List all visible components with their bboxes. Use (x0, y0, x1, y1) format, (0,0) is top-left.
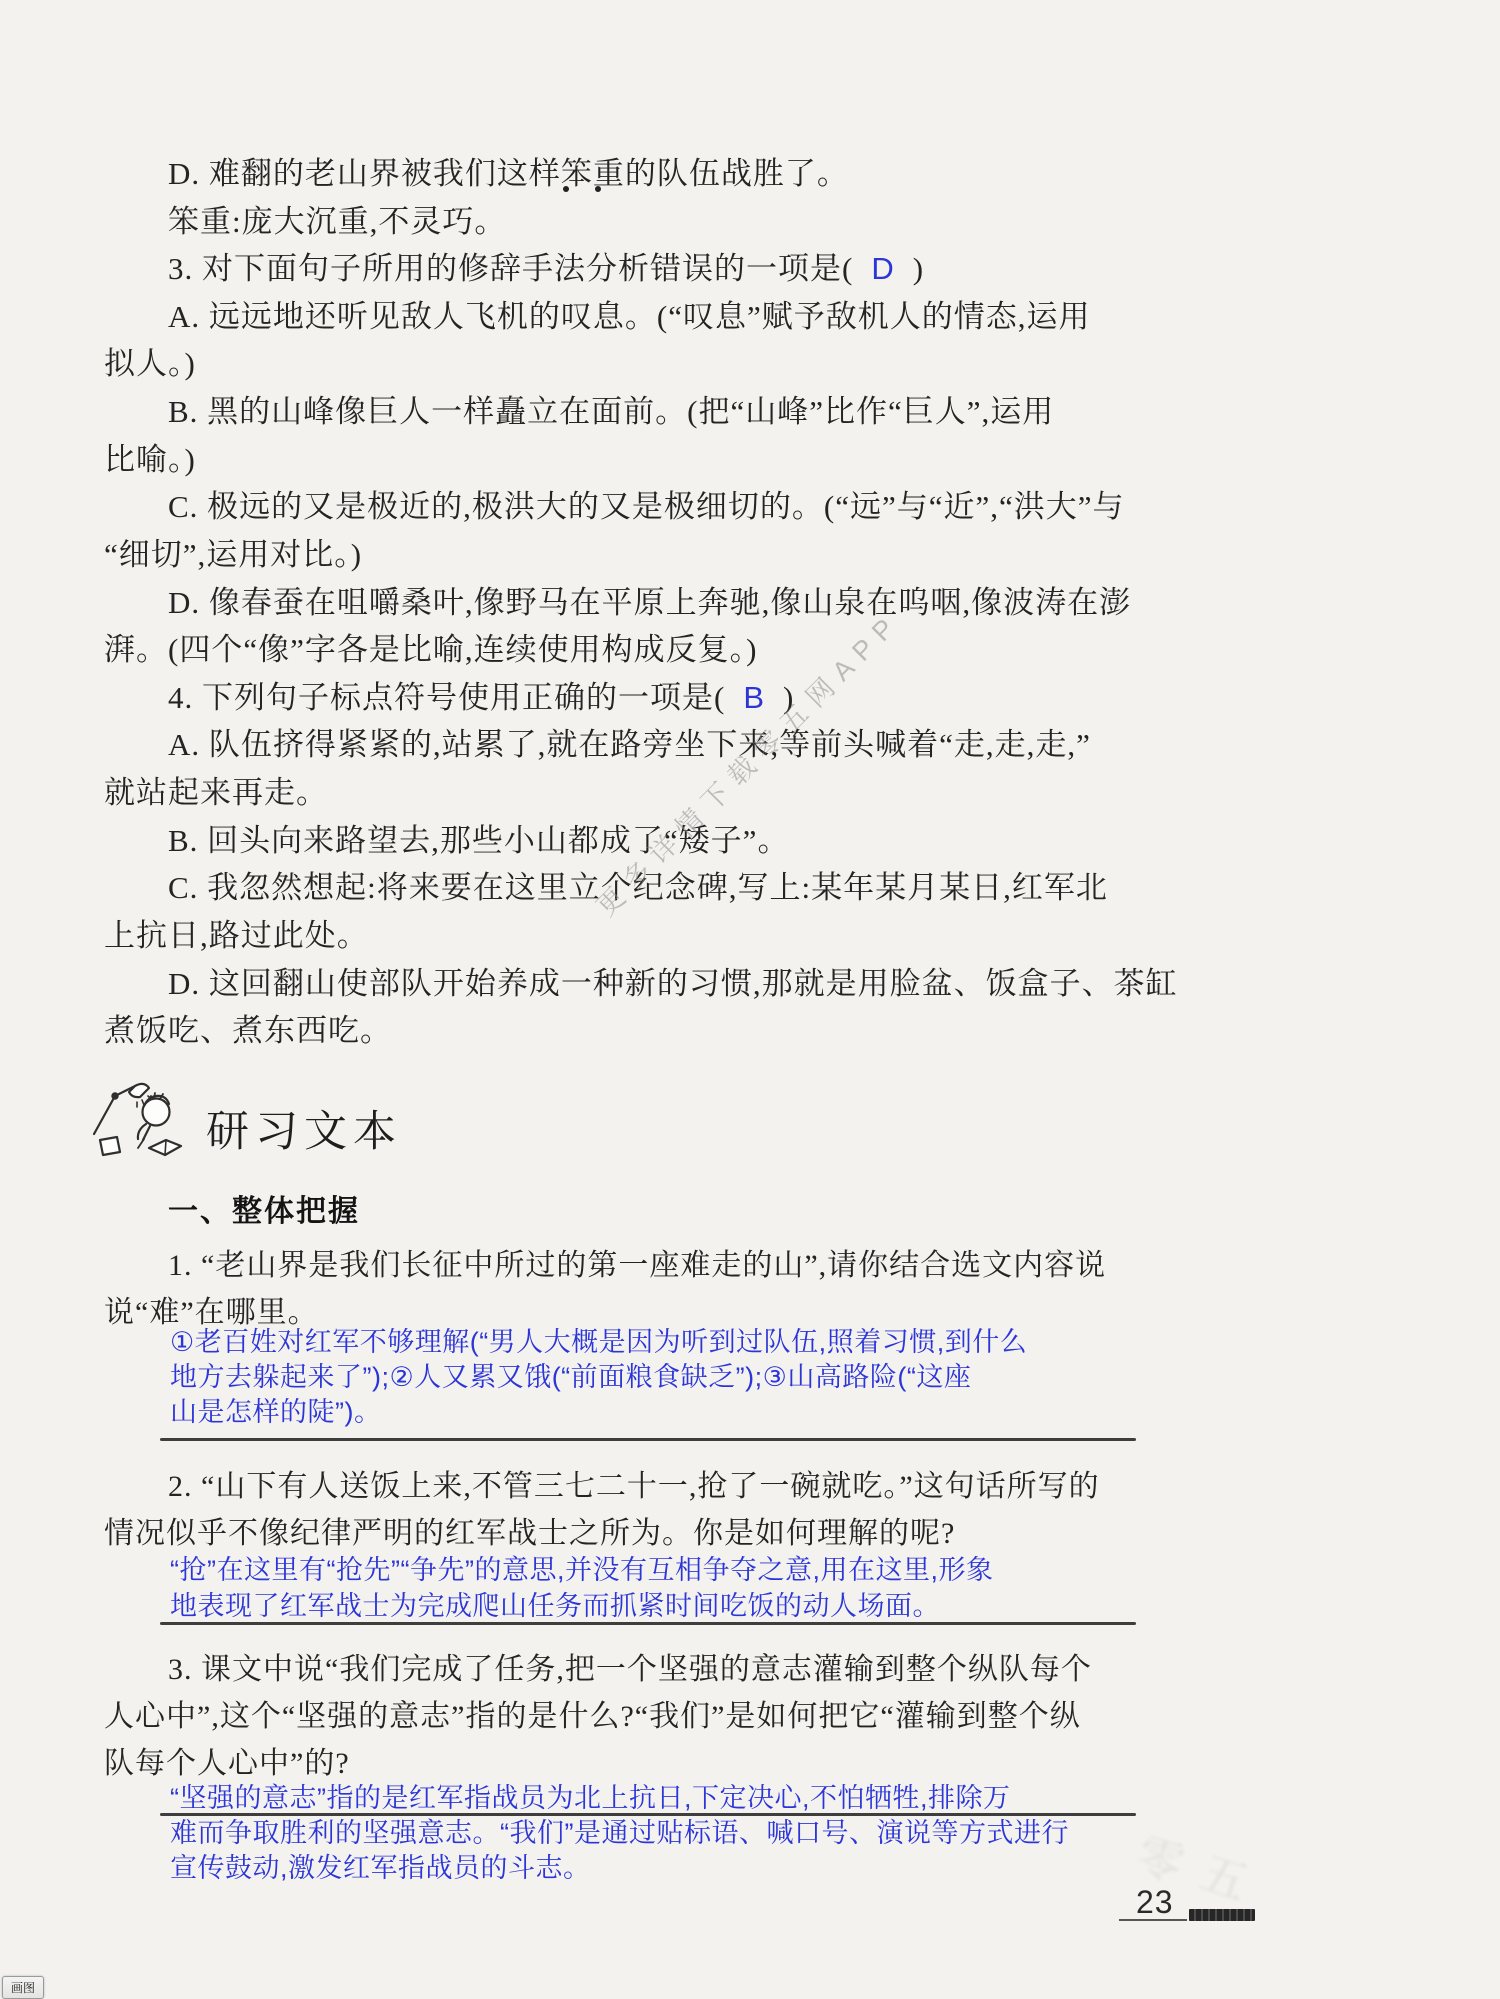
section-subhead: 一、整体把握 (168, 1186, 360, 1230)
question-4-stem: 4. 下列句子标点符号使用正确的一项是(B) (168, 672, 794, 717)
footer-imprint-block (1189, 1909, 1255, 1921)
printed-answer-line: 地方去躲起来了”);②人又累又饿(“前面粮食缺乏”);③山高路险(“这座 (170, 1355, 971, 1394)
question-line: 2. “山下有人送饭上来,不管三七二十一,抢了一碗就吃。”这句话所写的 (168, 1461, 1100, 1505)
printed-answer-line: 地表现了红军战士为完成爬山任务而抓紧时间吃饭的动人场面。 (170, 1584, 940, 1623)
question-line: 3. 课文中说“我们完成了任务,把一个坚强的意志灌输到整个纵队每个 (168, 1644, 1092, 1688)
mc-option-line: A. 队伍挤得紧紧的,站累了,就在路旁坐下来,等前头喊着“走,走,走,” (168, 719, 1091, 764)
mc-option-line: 比喻。) (104, 434, 196, 479)
question-line: 1. “老山界是我们长征中所过的第一座难走的山”,请你结合选文内容说 (168, 1240, 1106, 1284)
mc-option-line: D. 难翻的老山界被我们这样笨重的队伍战胜了。 (168, 148, 849, 193)
emphasis-dot (563, 186, 569, 192)
page-number: 23 (1136, 1884, 1174, 1921)
question-3-answer: D (853, 251, 912, 286)
mc-option-line: 湃。(四个“像”字各是比喻,连续使用构成反复。) (104, 624, 757, 669)
printed-answer-line: ①老百姓对红军不够理解(“男人大概是因为听到过队伍,照着习惯,到什么 (170, 1320, 1027, 1359)
mc-option-line: A. 远远地还听见敌人飞机的叹息。(“叹息”赋予敌机人的情态,运用 (168, 291, 1090, 336)
mc-option-line: D. 这回翻山使部队开始养成一种新的习惯,那就是用脸盆、饭盒子、茶缸 (168, 958, 1178, 1003)
question-4-text: 4. 下列句子标点符号使用正确的一项是( (168, 680, 725, 715)
section-title: 研习文本 (206, 1098, 402, 1159)
emphasis-dot (595, 186, 601, 192)
textbook-page: D. 难翻的老山界被我们这样笨重的队伍战胜了。 笨重:庞大沉重,不灵巧。 3. … (0, 0, 1500, 1999)
close-paren: ) (913, 251, 924, 286)
mc-option-line: 就站起来再走。 (104, 767, 328, 812)
mc-option-line: 拟人。) (104, 338, 196, 383)
printed-answer-line: 难而争取胜利的坚强意志。“我们”是通过贴标语、喊口号、演说等方式进行 (170, 1811, 1069, 1850)
mc-option-line: B. 黑的山峰像巨人一样矗立在面前。(把“山峰”比作“巨人”,运用 (168, 386, 1054, 431)
printed-answer-line: “抢”在这里有“抢先”“争先”的意思,并没有互相争夺之意,用在这里,形象 (170, 1548, 993, 1587)
study-icon (88, 1076, 192, 1170)
answer-rule-line (160, 1438, 1136, 1441)
page-number-underline (1119, 1919, 1187, 1921)
mc-option-line: 上抗日,路过此处。 (104, 910, 369, 955)
question-line: 人心中”,这个“坚强的意志”指的是什么?“我们”是如何把它“灌输到整个纵 (104, 1691, 1081, 1735)
answer-rule-line (160, 1622, 1136, 1625)
mc-option-line: “细切”,运用对比。) (104, 529, 362, 574)
printed-answer-line: 山是怎样的陡”)。 (170, 1390, 381, 1429)
printed-answer-line: 宣传鼓动,激发红军指战员的斗志。 (170, 1846, 591, 1885)
question-3-text: 3. 对下面句子所用的修辞手法分析错误的一项是( (168, 251, 853, 286)
mc-option-line: D. 像春蚕在咀嚼桑叶,像野马在平原上奔驰,像山泉在呜咽,像波涛在澎 (168, 577, 1131, 622)
word-note-line: 笨重:庞大沉重,不灵巧。 (168, 196, 506, 241)
question-3-stem: 3. 对下面句子所用的修辞手法分析错误的一项是(D) (168, 243, 924, 288)
question-line: 情况似乎不像纪律严明的红军战士之所为。你是如何理解的呢? (104, 1508, 955, 1552)
mc-option-line: C. 极远的又是极近的,极洪大的又是极细切的。(“远”与“近”,“洪大”与 (168, 481, 1125, 526)
mc-option-line: 煮饭吃、煮东西吃。 (104, 1005, 392, 1050)
paint-tool-button[interactable]: 画图 (2, 1976, 44, 1999)
printed-answer-line: “坚强的意志”指的是红军指战员为北上抗日,下定决心,不怕牺牲,排除万 (170, 1776, 1011, 1815)
ghost-watermark: 五 (1193, 1837, 1257, 1914)
